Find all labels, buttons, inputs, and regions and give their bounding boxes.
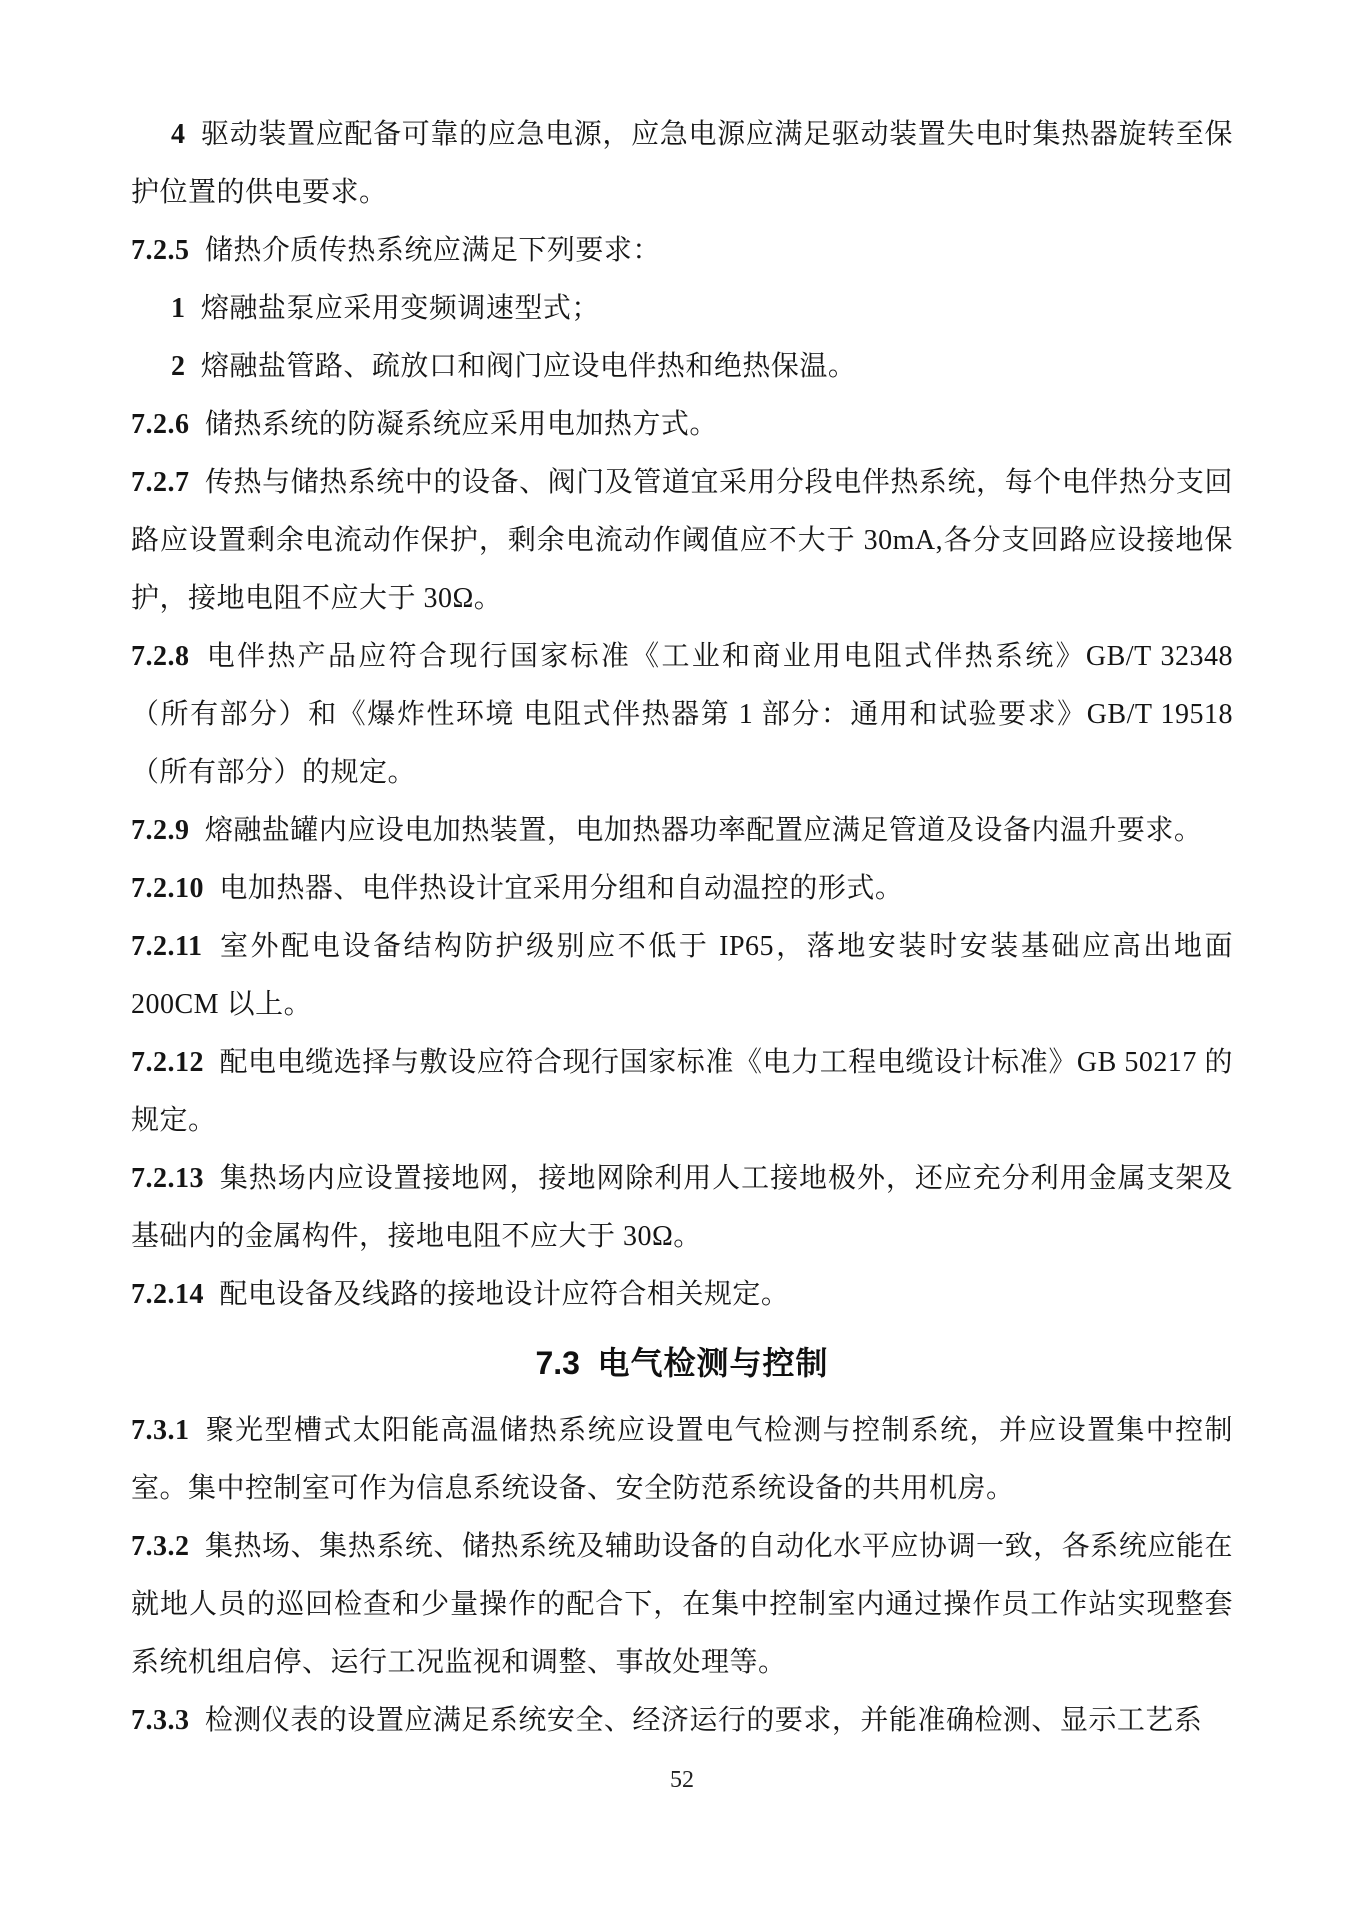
clause-number: 7.2.7 [131,467,190,498]
clause-7-2-13: 7.2.13集热场内应设置接地网，接地网除利用人工接地极外，还应充分利用金属支架… [131,1150,1233,1266]
clause-number: 7.2.12 [131,1047,204,1078]
clause-7-2-8: 7.2.8电伴热产品应符合现行国家标准《工业和商业用电阻式伴热系统》GB/T 3… [131,628,1233,802]
section-title: 电气检测与控制 [598,1345,829,1381]
clause-number: 7.2.8 [131,641,190,672]
clause-number: 7.2.11 [131,931,202,962]
clause-7-2-11: 7.2.11室外配电设备结构防护级别应不低于 IP65，落地安装时安装基础应高出… [131,918,1233,1034]
list-item: 4驱动装置应配备可靠的应急电源，应急电源应满足驱动装置失电时集热器旋转至保护位置… [131,106,1233,222]
clause-text: 室外配电设备结构防护级别应不低于 IP65，落地安装时安装基础应高出地面 200… [131,931,1233,1020]
list-item: 2熔融盐管路、疏放口和阀门应设电伴热和绝热保温。 [131,338,1233,396]
clause-text: 集热场内应设置接地网，接地网除利用人工接地极外，还应充分利用金属支架及基础内的金… [131,1163,1233,1252]
clause-number: 7.2.14 [131,1279,204,1310]
clause-7-2-14: 7.2.14配电设备及线路的接地设计应符合相关规定。 [131,1266,1233,1324]
item-text: 熔融盐泵应采用变频调速型式； [201,293,600,324]
clause-text: 电加热器、电伴热设计宜采用分组和自动温控的形式。 [219,873,903,904]
clause-number: 7.2.9 [131,815,190,846]
clause-text: 传热与储热系统中的设备、阀门及管道宜采用分段电伴热系统，每个电伴热分支回路应设置… [131,467,1233,614]
item-number: 4 [171,119,186,150]
clause-number: 7.3.1 [131,1415,190,1446]
clause-7-2-9: 7.2.9熔融盐罐内应设电加热装置，电加热器功率配置应满足管道及设备内温升要求。 [131,802,1233,860]
clause-text: 储热系统的防凝系统应采用电加热方式。 [205,409,718,440]
clause-7-2-7: 7.2.7传热与储热系统中的设备、阀门及管道宜采用分段电伴热系统，每个电伴热分支… [131,454,1233,628]
clause-7-3-2: 7.3.2集热场、集热系统、储热系统及辅助设备的自动化水平应协调一致，各系统应能… [131,1518,1233,1692]
clause-text: 配电设备及线路的接地设计应符合相关规定。 [219,1279,789,1310]
section-number: 7.3 [535,1345,579,1381]
item-text: 熔融盐管路、疏放口和阀门应设电伴热和绝热保温。 [201,351,857,382]
clause-number: 7.2.5 [131,235,190,266]
clause-text: 聚光型槽式太阳能高温储热系统应设置电气检测与控制系统，并应设置集中控制室。集中控… [131,1415,1233,1504]
item-number: 2 [171,351,186,382]
clause-text: 配电电缆选择与敷设应符合现行国家标准《电力工程电缆设计标准》GB 50217 的… [131,1047,1233,1136]
clause-text: 熔融盐罐内应设电加热装置，电加热器功率配置应满足管道及设备内温升要求。 [205,815,1203,846]
clause-text: 检测仪表的设置应满足系统安全、经济运行的要求，并能准确检测、显示工艺系 [205,1705,1203,1736]
clause-number: 7.2.6 [131,409,190,440]
item-text: 驱动装置应配备可靠的应急电源，应急电源应满足驱动装置失电时集热器旋转至保护位置的… [131,119,1233,208]
list-item: 1熔融盐泵应采用变频调速型式； [131,280,1233,338]
item-number: 1 [171,293,186,324]
clause-7-2-10: 7.2.10电加热器、电伴热设计宜采用分组和自动温控的形式。 [131,860,1233,918]
document-page: 4驱动装置应配备可靠的应急电源，应急电源应满足驱动装置失电时集热器旋转至保护位置… [0,0,1357,1920]
clause-7-3-3: 7.3.3检测仪表的设置应满足系统安全、经济运行的要求，并能准确检测、显示工艺系 [131,1692,1233,1750]
clause-number: 7.2.10 [131,873,204,904]
document-content: 4驱动装置应配备可靠的应急电源，应急电源应满足驱动装置失电时集热器旋转至保护位置… [131,106,1233,1796]
page-number: 52 [131,1764,1233,1796]
clause-number: 7.2.13 [131,1163,204,1194]
clause-number: 7.3.3 [131,1705,190,1736]
clause-text: 集热场、集热系统、储热系统及辅助设备的自动化水平应协调一致，各系统应能在就地人员… [131,1531,1233,1678]
clause-text: 电伴热产品应符合现行国家标准《工业和商业用电阻式伴热系统》GB/T 32348（… [131,641,1233,788]
clause-7-2-12: 7.2.12配电电缆选择与敷设应符合现行国家标准《电力工程电缆设计标准》GB 5… [131,1034,1233,1150]
clause-text: 储热介质传热系统应满足下列要求： [205,235,661,266]
section-heading: 7.3电气检测与控制 [131,1324,1233,1402]
clause-7-2-5: 7.2.5储热介质传热系统应满足下列要求： [131,222,1233,280]
clause-7-3-1: 7.3.1聚光型槽式太阳能高温储热系统应设置电气检测与控制系统，并应设置集中控制… [131,1402,1233,1518]
clause-7-2-6: 7.2.6储热系统的防凝系统应采用电加热方式。 [131,396,1233,454]
clause-number: 7.3.2 [131,1531,190,1562]
